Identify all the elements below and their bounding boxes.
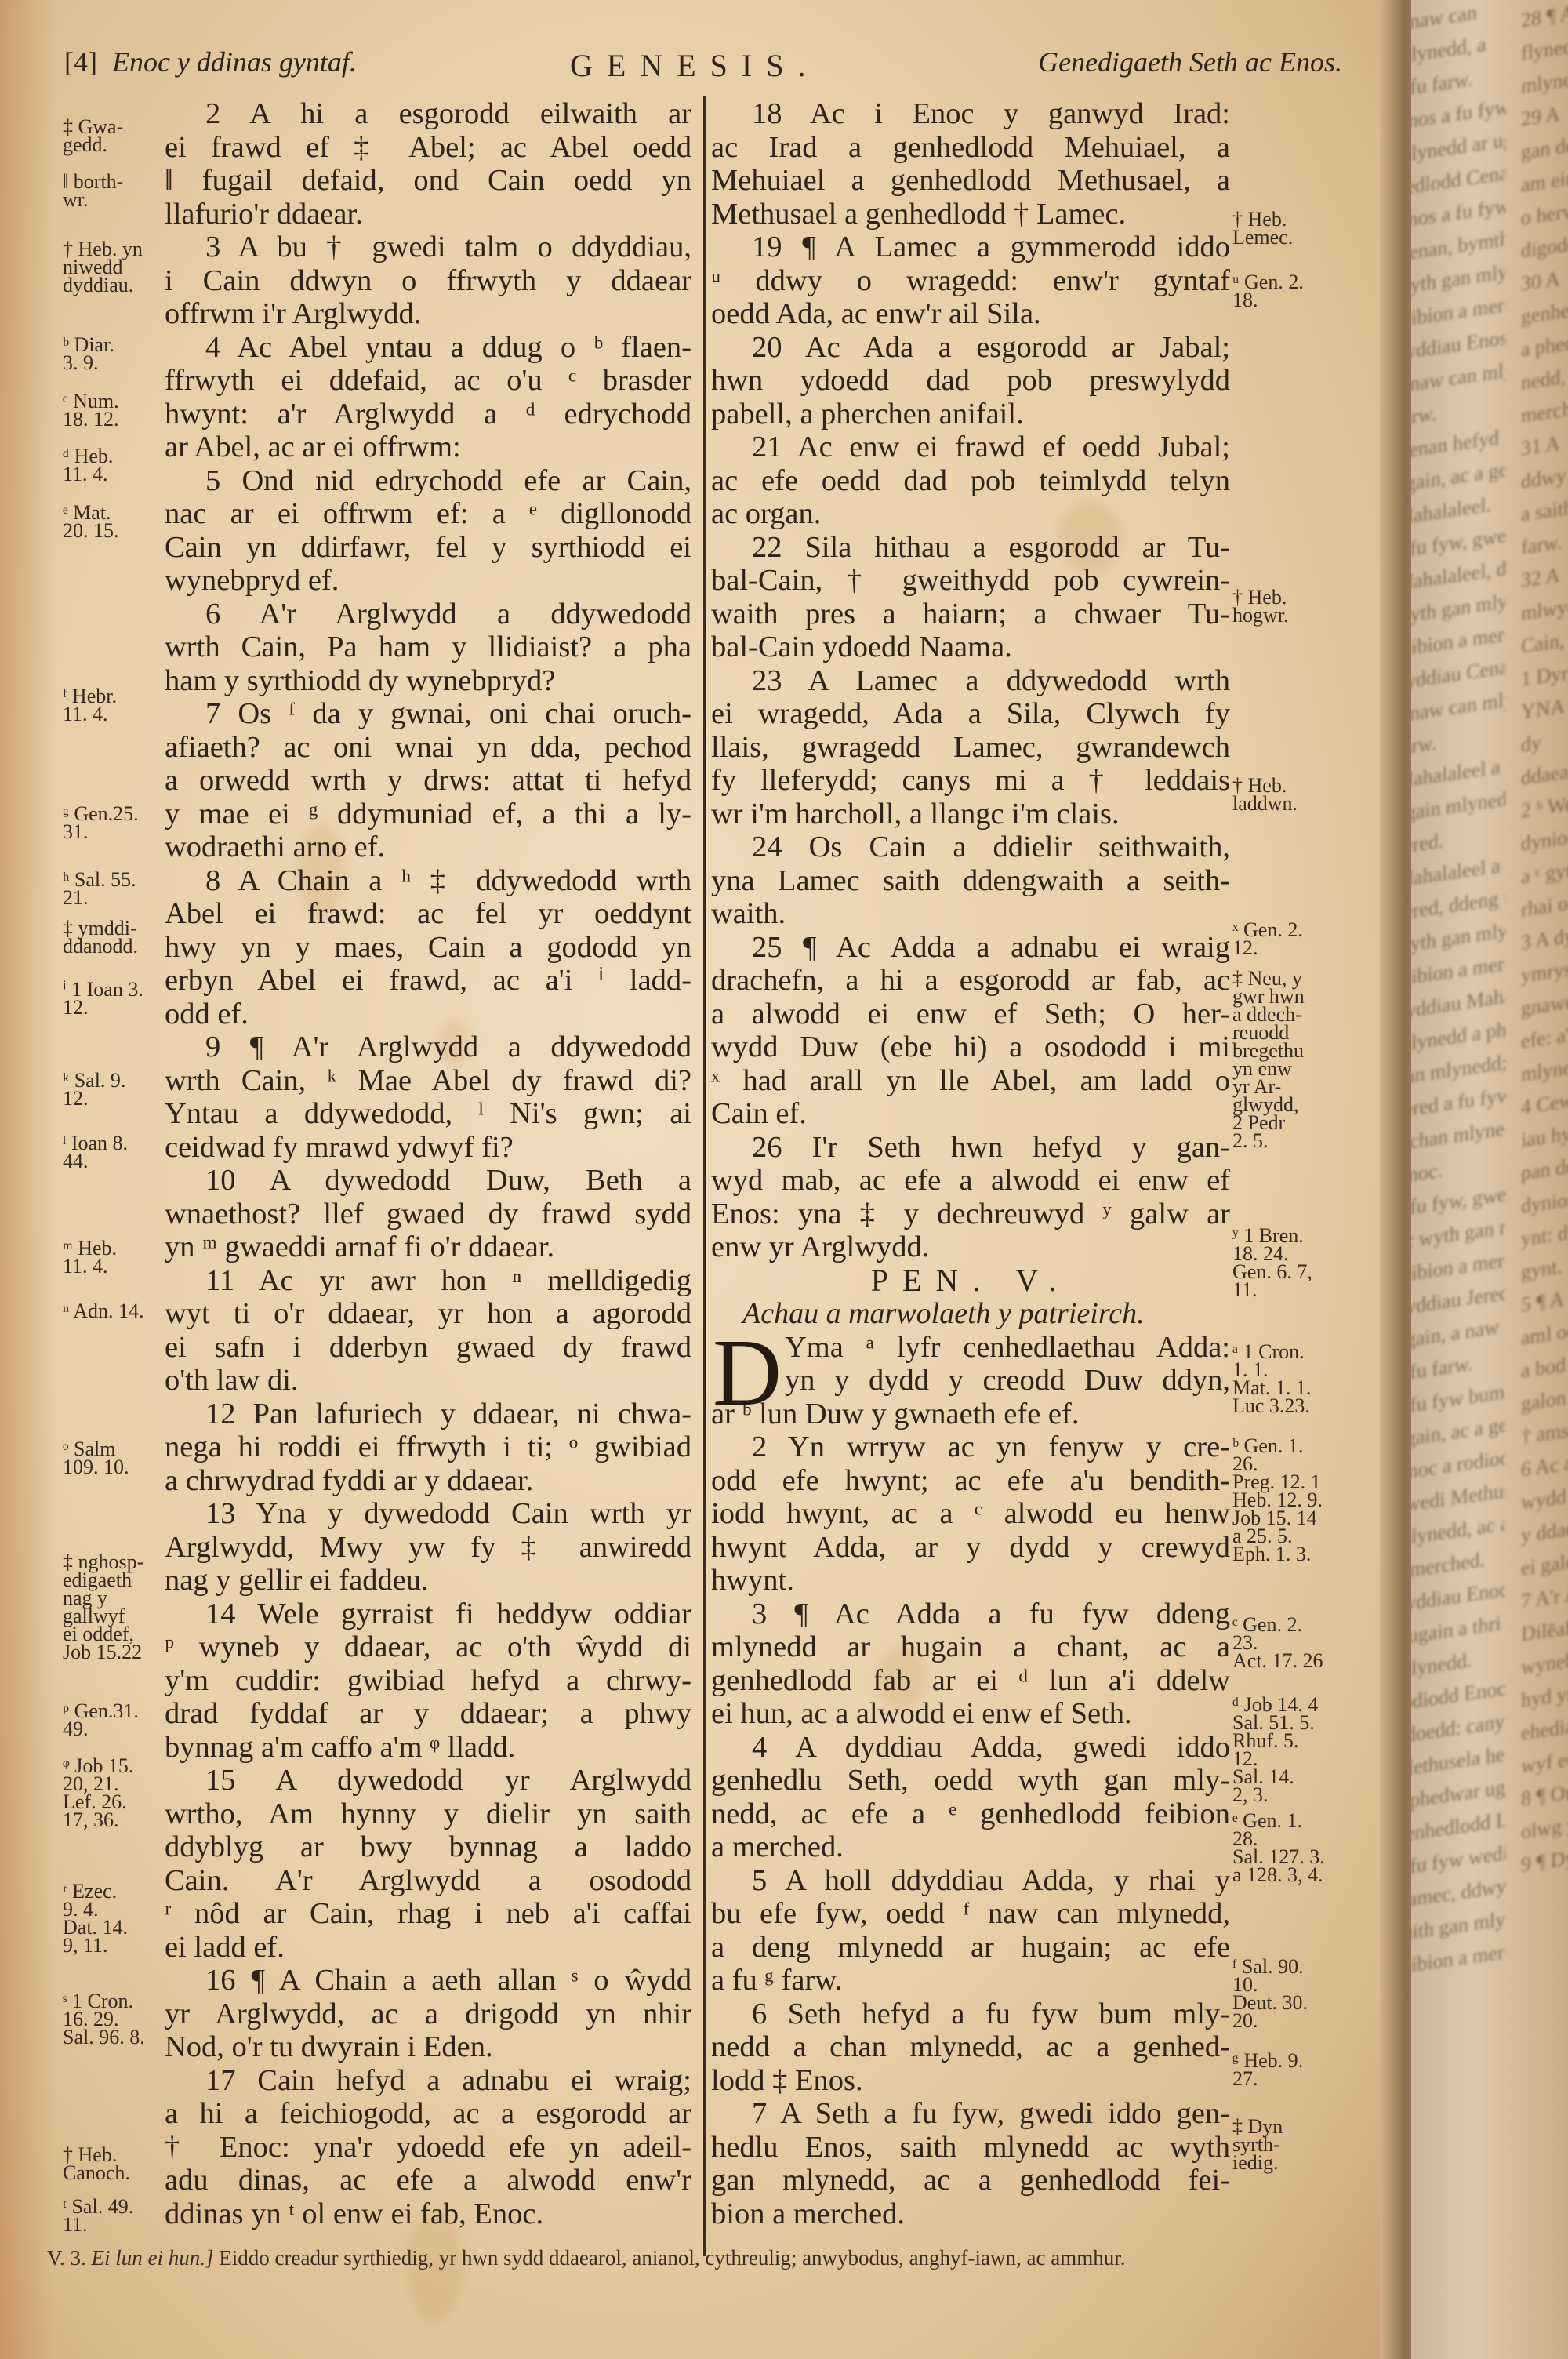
verse-line: 20 Ac Ada a esgorodd ar Jabal; — [711, 331, 1230, 365]
verse-line: 26 I'r Seth hwn hefyd y gan- — [711, 1131, 1230, 1165]
facing-left-column: a naw canmlynedd, aa fu farw.Enos a fu f… — [1411, 0, 1505, 1984]
verse-line: wnaethost? llef gwaed dy frawd sydd — [165, 1198, 691, 1231]
verse-line: a merched. — [711, 1830, 1230, 1864]
verse-line: 7 A Seth a fu fyw, gwedi iddo gen- — [711, 2097, 1230, 2131]
verse-line: Methusael a genhedlodd † Lamec. — [711, 198, 1230, 231]
verse-line: Yntau a ddywedodd, ˡ Ni's gwn; ai — [165, 1097, 691, 1131]
verse-line: ac organ. — [711, 497, 1230, 531]
margin-reference: ᶜ Gen. 2. 23. Act. 17. 26 — [1232, 1616, 1323, 1670]
book-title: GENESIS. — [570, 47, 819, 84]
verse-line: Nod, o'r tu dwyrain i Eden. — [165, 2030, 691, 2064]
verse-line: Cain yn ddirfawr, fel y syrthiodd ei — [165, 531, 691, 565]
verse-line: hedlu Enos, saith mlynedd ac wyth — [711, 2131, 1230, 2165]
verse-line: nac ar ei offrwm ef: a ᵉ digllonodd — [165, 497, 691, 531]
verse-line: y'm cuddir: gwibiad hefyd a chrwy- — [165, 1664, 691, 1698]
margin-reference: ‡ Dyn syrth- iedig. — [1232, 2117, 1283, 2172]
margin-reference: ᶠ Hebr. 11. 4. — [63, 687, 117, 723]
verse-line: gan mlynedd, ac a genhedlodd fei- — [711, 2164, 1230, 2197]
verse-line: 14 Wele gyrraist fi heddyw oddiar — [165, 1598, 691, 1631]
verse-line: ar ᵇ lun Duw y gwnaeth efe ef. — [711, 1398, 1230, 1431]
chapter-heading: PEN. V. — [711, 1264, 1230, 1298]
verse-line: bu efe fyw, oedd ᶠ naw can mlynedd, — [711, 1897, 1230, 1931]
verse-line: yn ᵐ gwaeddi arnaf fi o'r ddaear. — [165, 1230, 691, 1264]
verse-line: a fu ᵍ farw. — [711, 1964, 1230, 1997]
verse-line: a chrwydrad fyddi ar y ddaear. — [165, 1464, 691, 1498]
verse-line: adu dinas, ac efe a alwodd enw'r — [165, 2164, 691, 2197]
margin-reference: ʰ Sal. 55. 21. — [63, 871, 136, 907]
margin-reference: † Heb. laddwn. — [1232, 776, 1298, 812]
margin-reference: ᶠ Sal. 90. 10. Deut. 30. 20. — [1232, 1957, 1308, 2030]
verse-line: 15 A dywedodd yr Arglwydd — [165, 1764, 691, 1797]
footnote: V. 3. Ei lun ei hun.] Eiddo creadur syrt… — [47, 2245, 1348, 2271]
verse-line: 4 A dyddiau Adda, gwedi iddo — [711, 1731, 1230, 1765]
verse-line: ac efe oedd dad pob teimlydd telyn — [711, 464, 1230, 498]
left-running-title: Enoc y ddinas gyntaf. — [112, 46, 357, 78]
verse-line: pabell, a pherchen anifail. — [711, 398, 1230, 431]
margin-reference: ᵠ Job 15. 20, 21. Lef. 26. 17, 36. — [63, 1757, 133, 1829]
verse-line: bynnag a'm caffo a'm ᵠ lladd. — [165, 1731, 691, 1765]
margin-reference: ‡ ymddi- ddanodd. — [63, 919, 138, 955]
verse-line: 6 Seth hefyd a fu fyw bum mly- — [711, 1997, 1230, 2031]
margin-reference: ˣ Gen. 2. 12. — [1232, 921, 1303, 957]
verse-line: 10 A dywedodd Duw, Beth a — [165, 1164, 691, 1198]
verse-line: ei wragedd, Ada a Sila, Clywch fy — [711, 697, 1230, 731]
margin-reference: ‡ Gwa- gedd. — [63, 118, 123, 154]
margin-reference: ‡ Neu, y gwr hwn a ddech- reuodd bregeth… — [1232, 969, 1305, 1150]
verse-line: hwn ydoedd dad pob preswylydd — [711, 364, 1230, 398]
verse-line: genhedlodd fab ar ei ᵈ lun a'i ddelw — [711, 1664, 1230, 1698]
verse-line: wyt ti o'r ddaear, yr hon a agorodd — [165, 1297, 691, 1331]
verse-line: drad fyddaf ar y ddaear; a phwy — [165, 1697, 691, 1731]
verse-line: mlynedd ar hugain a chant, ac a — [711, 1630, 1230, 1664]
verse-line: 23 A Lamec a ddywedodd wrth — [711, 664, 1230, 698]
drop-cap: D — [713, 1334, 782, 1406]
verse-line: hwynt. — [711, 1564, 1230, 1598]
margin-reference: ᵉ Gen. 1. 28. Sal. 127. 3. a 128. 3, 4. — [1232, 1812, 1325, 1884]
facing-page: a naw canmlynedd, aa fu farw.Enos a fu f… — [1411, 0, 1568, 2359]
verse-line: Cain ef. — [711, 1097, 1230, 1131]
margin-reference: ᵐ Heb. 11. 4. — [63, 1239, 117, 1275]
margin-reference: † Heb. Lemec. — [1232, 210, 1293, 246]
verse-line: a hi a feichiogodd, ac a esgorodd ar — [165, 2097, 691, 2131]
header-left: [4] Enoc y ddinas gyntaf. — [64, 45, 357, 78]
verse-line: Cain. A'r Arglwydd a osododd — [165, 1864, 691, 1898]
verse-line: 16 ¶ A Chain a aeth allan ˢ o ŵydd — [165, 1964, 691, 1997]
verse-line: ddinas yn ᵗ ol enw ei fab, Enoc. — [165, 2197, 691, 2231]
margin-reference: ˡ Ioan 8. 44. — [63, 1134, 128, 1170]
verse-line: 18 Ac i Enoc y ganwyd Irad: — [711, 97, 1230, 131]
verse-line: 2 Yn wrryw ac yn fenyw y cre- — [711, 1430, 1230, 1464]
verse-line: nega hi roddi ei ffrwyth i ti; ᵒ gwibiad — [165, 1430, 691, 1464]
margin-reference: † Heb. hogwr. — [1232, 588, 1289, 624]
verse-line: ham y syrthiodd dy wynebpryd? — [165, 664, 691, 698]
verse-line: ˣ had arall yn lle Abel, am ladd o — [711, 1064, 1230, 1098]
verse-line: DYma ᵃ lyfr cenhedlaethau Adda: — [711, 1331, 1230, 1365]
verse-line: a orwedd wrth y drws: attat ti hefyd — [165, 764, 691, 798]
verse-line: ᵘ ddwy o wragedd: enw'r gyntaf — [711, 264, 1230, 298]
verse-line: 12 Pan lafuriech y ddaear, ni chwa- — [165, 1398, 691, 1431]
verse-line: hwynt Adda, ar y dydd y crewyd — [711, 1531, 1230, 1565]
right-running-title: Genedigaeth Seth ac Enos. — [1038, 45, 1342, 78]
verse-line: wyd mab, ac efe a alwodd ei enw ef — [711, 1164, 1230, 1198]
margin-reference: ᵗ Sal. 49. 11. — [63, 2197, 133, 2234]
margin-reference: † Heb. yn niwedd dyddiau. — [63, 240, 143, 294]
verse-line: 8 A Chain a ʰ ‡ ddywedodd wrth — [165, 864, 691, 898]
verse-line: 6 A'r Arglwydd a ddywedodd — [165, 598, 691, 631]
verse-line: wydd Duw (ebe hi) a osododd i mi — [711, 1030, 1230, 1064]
verse-line: nedd, ac efe a ᵉ genhedlodd feibion — [711, 1797, 1230, 1831]
verse-line: 9 ¶ A'r Arglwydd a ddywedodd — [165, 1030, 691, 1064]
verse-line: waith. — [711, 897, 1230, 931]
verse-line: ffrwyth ei ddefaid, ac o'u ᶜ brasder — [165, 364, 691, 398]
verse-line: wodraethi arno ef. — [165, 831, 691, 864]
margin-reference: ᵃ 1 Cron. 1. 1. Mat. 1. 1. Luc 3.23. — [1232, 1343, 1311, 1415]
verse-line: yn y dydd y creodd Duw ddyn, — [711, 1364, 1230, 1398]
verse-line: nedd a chan mlynedd, ac a genhed- — [711, 2030, 1230, 2064]
margin-reference: ᵉ Mat. 20. 15. — [63, 503, 119, 540]
verse-line: o'th law di. — [165, 1364, 691, 1398]
verse-line: 5 Ond nid edrychodd efe ar Cain, — [165, 464, 691, 498]
verse-line: 7 Os ᶠ da y gwnai, oni chai oruch- — [165, 697, 691, 731]
verse-line: ar Abel, ac ar ei offrwm: — [165, 431, 691, 464]
verse-line: enw yr Arglwydd. — [711, 1230, 1230, 1264]
column-divider — [703, 96, 706, 2256]
verse-line: 22 Sila hithau a esgorodd ar Tu- — [711, 531, 1230, 565]
verse-line: ei ladd ef. — [165, 1931, 691, 1965]
facing-right-column: 28 ¶ Aflyneddmlynedd29 Agan ddyam eino h… — [1521, 0, 1568, 1882]
verse-line: nag y gellir ei faddeu. — [165, 1564, 691, 1598]
verse-line: ‖ fugail defaid, ond Cain oedd yn — [165, 164, 691, 198]
verse-line: bion a merched. — [711, 2197, 1230, 2231]
margin-reference: ˢ 1 Cron. 16. 29. Sal. 96. 8. — [63, 1992, 145, 2046]
verse-line: llais, gwragedd Lamec, gwrandewch — [711, 731, 1230, 765]
margin-reference: ‖ borth- wr. — [63, 173, 123, 209]
verse-line: lodd ‡ Enos. — [711, 2064, 1230, 2098]
footnote-lemma: Ei lun ei hun.] — [92, 2246, 214, 2270]
verse-line: odd efe hwynt; ac efe a'u bendith- — [711, 1464, 1230, 1498]
verse-line: 13 Yna y dywedodd Cain wrth yr — [165, 1497, 691, 1531]
verse-line: 3 A bu † gwedi talm o ddyddiau, — [165, 231, 691, 264]
running-header: [4] Enoc y ddinas gyntaf. GENESIS. Gened… — [64, 45, 1342, 93]
verse-line: wynebpryd ef. — [165, 564, 691, 598]
verse-line: wrth Cain, ᵏ Mae Abel dy frawd di? — [165, 1064, 691, 1098]
verse-line: ac Irad a genhedlodd Mehuiael, a — [711, 131, 1230, 165]
margin-reference: ᵒ Salm 109. 10. — [63, 1440, 129, 1476]
margin-reference: ᵏ Sal. 9. 12. — [63, 1071, 125, 1107]
verse-line: ei safn i dderbyn gwaed dy frawd — [165, 1331, 691, 1365]
verse-line: † Enoc: yna'r ydoedd efe yn adeil- — [165, 2131, 691, 2165]
verse-line: ᵖ wyneb y ddaear, ac o'th ŵydd di — [165, 1630, 691, 1664]
verse-line: 4 Ac Abel yntau a ddug o ᵇ flaen- — [165, 331, 691, 365]
verse-line: i Cain ddwyn o ffrwyth y ddaear — [165, 264, 691, 298]
margin-reference: ᵇ Diar. 3. 9. — [63, 336, 114, 372]
verse-line: wrtho, Am hynny y dielir yn saith — [165, 1797, 691, 1831]
margin-reference: ᵍ Gen.25. 31. — [63, 805, 139, 841]
margin-reference: † Heb. Canoch. — [63, 2146, 130, 2182]
verse-line: a alwodd ei enw ef Seth; O her- — [711, 998, 1230, 1031]
margin-reference: ᵇ Gen. 1. 26. Preg. 12. 1 Heb. 12. 9. Jo… — [1232, 1437, 1323, 1563]
verse-line: drachefn, a hi a esgorodd ar fab, ac — [711, 964, 1230, 998]
verse-line: wr i'm harcholl, a llangc i'm clais. — [711, 798, 1230, 831]
verse-line: hwynt: a'r Arglwydd a ᵈ edrychodd — [165, 398, 691, 431]
verse-line: wrth Cain, Pa ham y llidiaist? a pha — [165, 631, 691, 664]
verse-line: ʳ nôd ar Cain, rhag i neb a'i caffai — [165, 1897, 691, 1931]
margin-reference: ᵈ Heb. 11. 4. — [63, 447, 113, 483]
verse-line: 17 Cain hefyd a adnabu ei wraig; — [165, 2064, 691, 2098]
margin-reference: ⁱ 1 Ioan 3. 12. — [63, 980, 143, 1016]
verse-line: 24 Os Cain a ddielir seithwaith, — [711, 831, 1230, 864]
verse-line: odd ef. — [165, 998, 691, 1031]
margin-reference: ᵈ Job 14. 4 Sal. 51. 5. Rhuf. 5. 12. Sal… — [1232, 1696, 1318, 1804]
verse-line: bal-Cain, † gweithydd pob cywrein- — [711, 564, 1230, 598]
right-text-column: 18 Ac i Enoc y ganwyd Irad:ac Irad a gen… — [711, 97, 1230, 2230]
verse-line: 11 Ac yr awr hon ⁿ melldigedig — [165, 1264, 691, 1298]
verse-line: a deng mlynedd ar hugain; ac efe — [711, 1931, 1230, 1965]
verse-line: 21 Ac enw ei frawd ef oedd Jubal; — [711, 431, 1230, 464]
verse-line: 5 A holl ddyddiau Adda, y rhai y — [711, 1864, 1230, 1898]
margin-reference: ʳ Ezec. 9. 4. Dat. 14. 9, 11. — [63, 1882, 128, 1954]
verse-line: oedd Ada, ac enw'r ail Sila. — [711, 297, 1230, 331]
verse-line: afiaeth? ac oni wnai yn dda, pechod — [165, 731, 691, 765]
margin-reference: ᶜ Num. 18. 12. — [63, 392, 119, 428]
margin-reference: ᵘ Gen. 2. 18. — [1232, 273, 1304, 309]
chapter-summary: Achau a marwolaeth y patrieirch. — [711, 1297, 1230, 1331]
footnote-text: Eiddo creadur syrthiedig, yr hwn sydd dd… — [219, 2246, 1125, 2270]
verse-line: yr Arglwydd, ac a drigodd yn nhir — [165, 1997, 691, 2031]
verse-line: yna Lamec saith ddengwaith a seith- — [711, 864, 1230, 898]
margin-reference: ʸ 1 Bren. 18. 24. Gen. 6. 7, 11. — [1232, 1227, 1312, 1299]
verse-line: iodd hwynt, ac a ᶜ alwodd eu henw — [711, 1497, 1230, 1531]
margin-reference: ᵖ Gen.31. 49. — [63, 1702, 139, 1738]
verse-line: erbyn Abel ei frawd, ac a'i ⁱ ladd- — [165, 964, 691, 998]
verse-line: Mehuiael a genhedlodd Methusael, a — [711, 164, 1230, 198]
verse-line: Abel ei frawd: ac fel yr oeddynt — [165, 897, 691, 931]
verse-line: ceidwad fy mrawd ydwyf fi? — [165, 1131, 691, 1165]
verse-line: 19 ¶ A Lamec a gymmerodd iddo — [711, 231, 1230, 264]
verse-line: 2 A hi a esgorodd eilwaith ar — [165, 97, 691, 131]
verse-line: hwy yn y maes, Cain a gododd yn — [165, 931, 691, 965]
page-number: [4] — [64, 46, 97, 78]
verse-line: bal-Cain ydoedd Naama. — [711, 631, 1230, 664]
margin-reference: ᵍ Heb. 9. 27. — [1232, 2052, 1303, 2088]
verse-line: ei hun, ac a alwodd ei enw ef Seth. — [711, 1697, 1230, 1731]
verse-line: Enos: yna ‡ y dechreuwyd ʸ galw ar — [711, 1198, 1230, 1231]
verse-line: 3 ¶ Ac Adda a fu fyw ddeng — [711, 1598, 1230, 1631]
verse-line: llafurio'r ddaear. — [165, 198, 691, 231]
verse-line: genhedlu Seth, oedd wyth gan mly- — [711, 1764, 1230, 1797]
footnote-ref: V. 3. — [47, 2246, 86, 2270]
verse-line: ddyblyg ar bwy bynnag a laddo — [165, 1830, 691, 1864]
verse-line: Arglwydd, Mwy yw fy ‡ anwiredd — [165, 1531, 691, 1565]
verse-line: y mae ei ᵍ ddymuniad ef, a thi a ly- — [165, 798, 691, 831]
verse-line: offrwm i'r Arglwydd. — [165, 297, 691, 331]
verse-line: waith pres a haiarn; a chwaer Tu- — [711, 598, 1230, 631]
verse-line: ei frawd ef ‡ Abel; ac Abel oedd — [165, 131, 691, 165]
bible-page: [4] Enoc y ddinas gyntaf. GENESIS. Gened… — [0, 0, 1403, 2359]
margin-reference: ⁿ Adn. 14. — [63, 1302, 144, 1320]
left-text-column: 2 A hi a esgorodd eilwaith arei frawd ef… — [165, 97, 691, 2230]
verse-line: fy lleferydd; canys mi a † leddais — [711, 764, 1230, 798]
margin-reference: ‡ nghosp- edigaeth nag y gallwyf ei odde… — [63, 1553, 143, 1661]
verse-line: 25 ¶ Ac Adda a adnabu ei wraig — [711, 931, 1230, 965]
